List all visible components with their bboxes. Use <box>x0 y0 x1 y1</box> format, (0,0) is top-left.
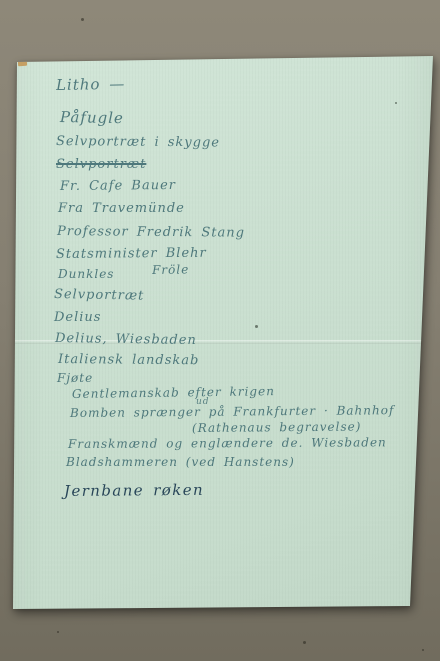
photo-background: Litho —PåfugleSelvportræt i skyggeSelvpo… <box>0 0 440 661</box>
handwritten-line-15: Fjøte <box>57 371 93 385</box>
handwritten-line-8: Statsminister Blehr <box>56 246 207 262</box>
handwritten-line-5: Fr. Cafe Bauer <box>60 178 176 194</box>
handwritten-line-7: Professor Fredrik Stang <box>57 224 245 241</box>
handwritten-line-21: Bladshammeren (ved Hanstens) <box>66 455 295 469</box>
handwritten-line-20: Franskmænd og englændere de. Wiesbaden <box>68 435 387 451</box>
handwritten-line-4: Selvportræt <box>56 157 146 172</box>
paper-dot-2 <box>395 102 397 104</box>
paper-corner-tear <box>18 61 27 67</box>
handwritten-line-6: Fra Travemünde <box>58 201 185 216</box>
handwritten-line-12: Delius <box>54 310 101 325</box>
handwritten-line-11: Selvportræt <box>54 287 145 304</box>
handwritten-line-22: Jernbane røken <box>64 481 204 500</box>
handwritten-line-13: Delius, Wiesbaden <box>55 331 197 348</box>
handwritten-line-14: Italiensk landskab <box>58 352 200 368</box>
handwritten-line-10: Fröle <box>152 262 189 277</box>
paper-shadow: Litho —PåfugleSelvportræt i skyggeSelvpo… <box>0 0 440 661</box>
handwritten-line-18: Bomben sprænger på Frankfurter · Bahnhof <box>70 403 394 420</box>
handwritten-line-3: Selvportræt i skygge <box>56 134 220 150</box>
handwritten-line-16: Gentlemanskab efter krigen <box>72 384 275 401</box>
handwritten-line-2: Påfugle <box>60 108 124 127</box>
paper-dot-1 <box>255 325 258 328</box>
handwritten-line-1: Litho — <box>56 75 126 94</box>
paper: Litho —PåfugleSelvportræt i skyggeSelvpo… <box>0 0 440 661</box>
handwritten-line-9: Dunkles <box>58 267 114 281</box>
handwritten-line-19: (Rathenaus begravelse) <box>192 420 362 435</box>
